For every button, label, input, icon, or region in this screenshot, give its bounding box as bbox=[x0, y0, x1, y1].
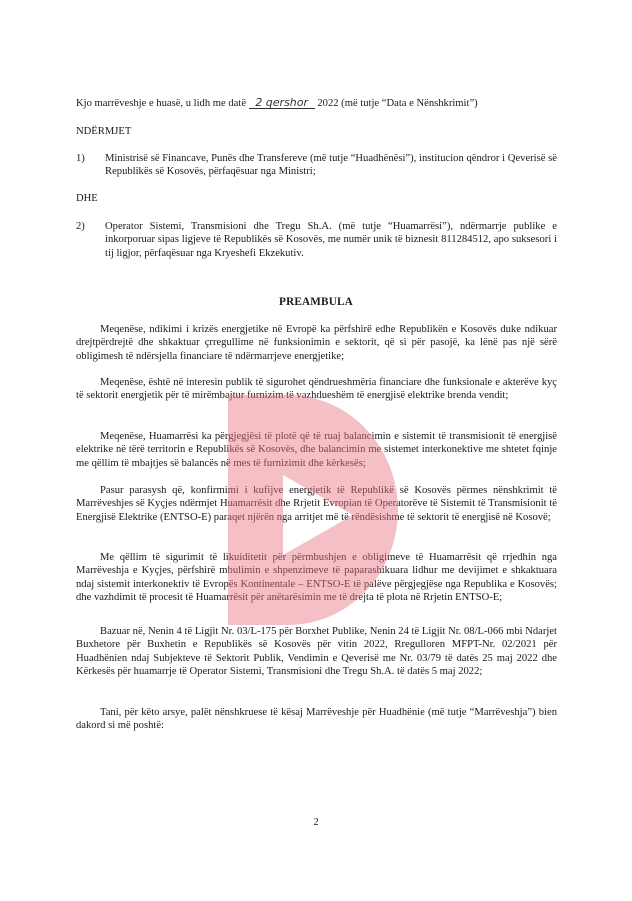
preamble-paragraph: Pasur parasysh që, konfirmimi i kufijve … bbox=[76, 484, 557, 524]
page-number: 2 bbox=[0, 817, 632, 828]
preamble-paragraph: Tani, për këto arsye, palët nënshkruese … bbox=[76, 706, 557, 733]
party-number: 1) bbox=[76, 152, 85, 165]
and-label: DHE bbox=[76, 192, 98, 205]
preamble-paragraph: Bazuar në, Nenin 4 të Ligjit Nr. 03/L-17… bbox=[76, 625, 557, 679]
intro-text-after: 2022 (më tutje “Data e Nënshkrimit”) bbox=[317, 98, 477, 109]
document-page: Kjo marrëveshje e huasë, u lidh me datë … bbox=[0, 0, 632, 901]
preamble-paragraph: Me qëllim të sigurimit të likuiditetit p… bbox=[76, 551, 557, 605]
preamble-paragraph: Meqenëse, ndikimi i krizës energjetike n… bbox=[76, 323, 557, 363]
preamble-title: PREAMBULA bbox=[0, 296, 632, 308]
party-number: 2) bbox=[76, 220, 85, 233]
agreement-intro: Kjo marrëveshje e huasë, u lidh me datë … bbox=[76, 97, 556, 110]
intro-text: Kjo marrëveshje e huasë, u lidh me datë bbox=[76, 98, 246, 109]
handwritten-date: 2 qershor bbox=[249, 97, 315, 109]
preamble-paragraph: Meqenëse, është në interesin publik të s… bbox=[76, 376, 557, 403]
between-label: NDËRMJET bbox=[76, 125, 131, 138]
party-1-text: Ministrisë së Financave, Punës dhe Trans… bbox=[105, 152, 557, 179]
party-2-text: Operator Sistemi, Transmisioni dhe Tregu… bbox=[105, 220, 557, 260]
preamble-paragraph: Meqenëse, Huamarrësi ka përgjegjësi të p… bbox=[76, 430, 557, 470]
